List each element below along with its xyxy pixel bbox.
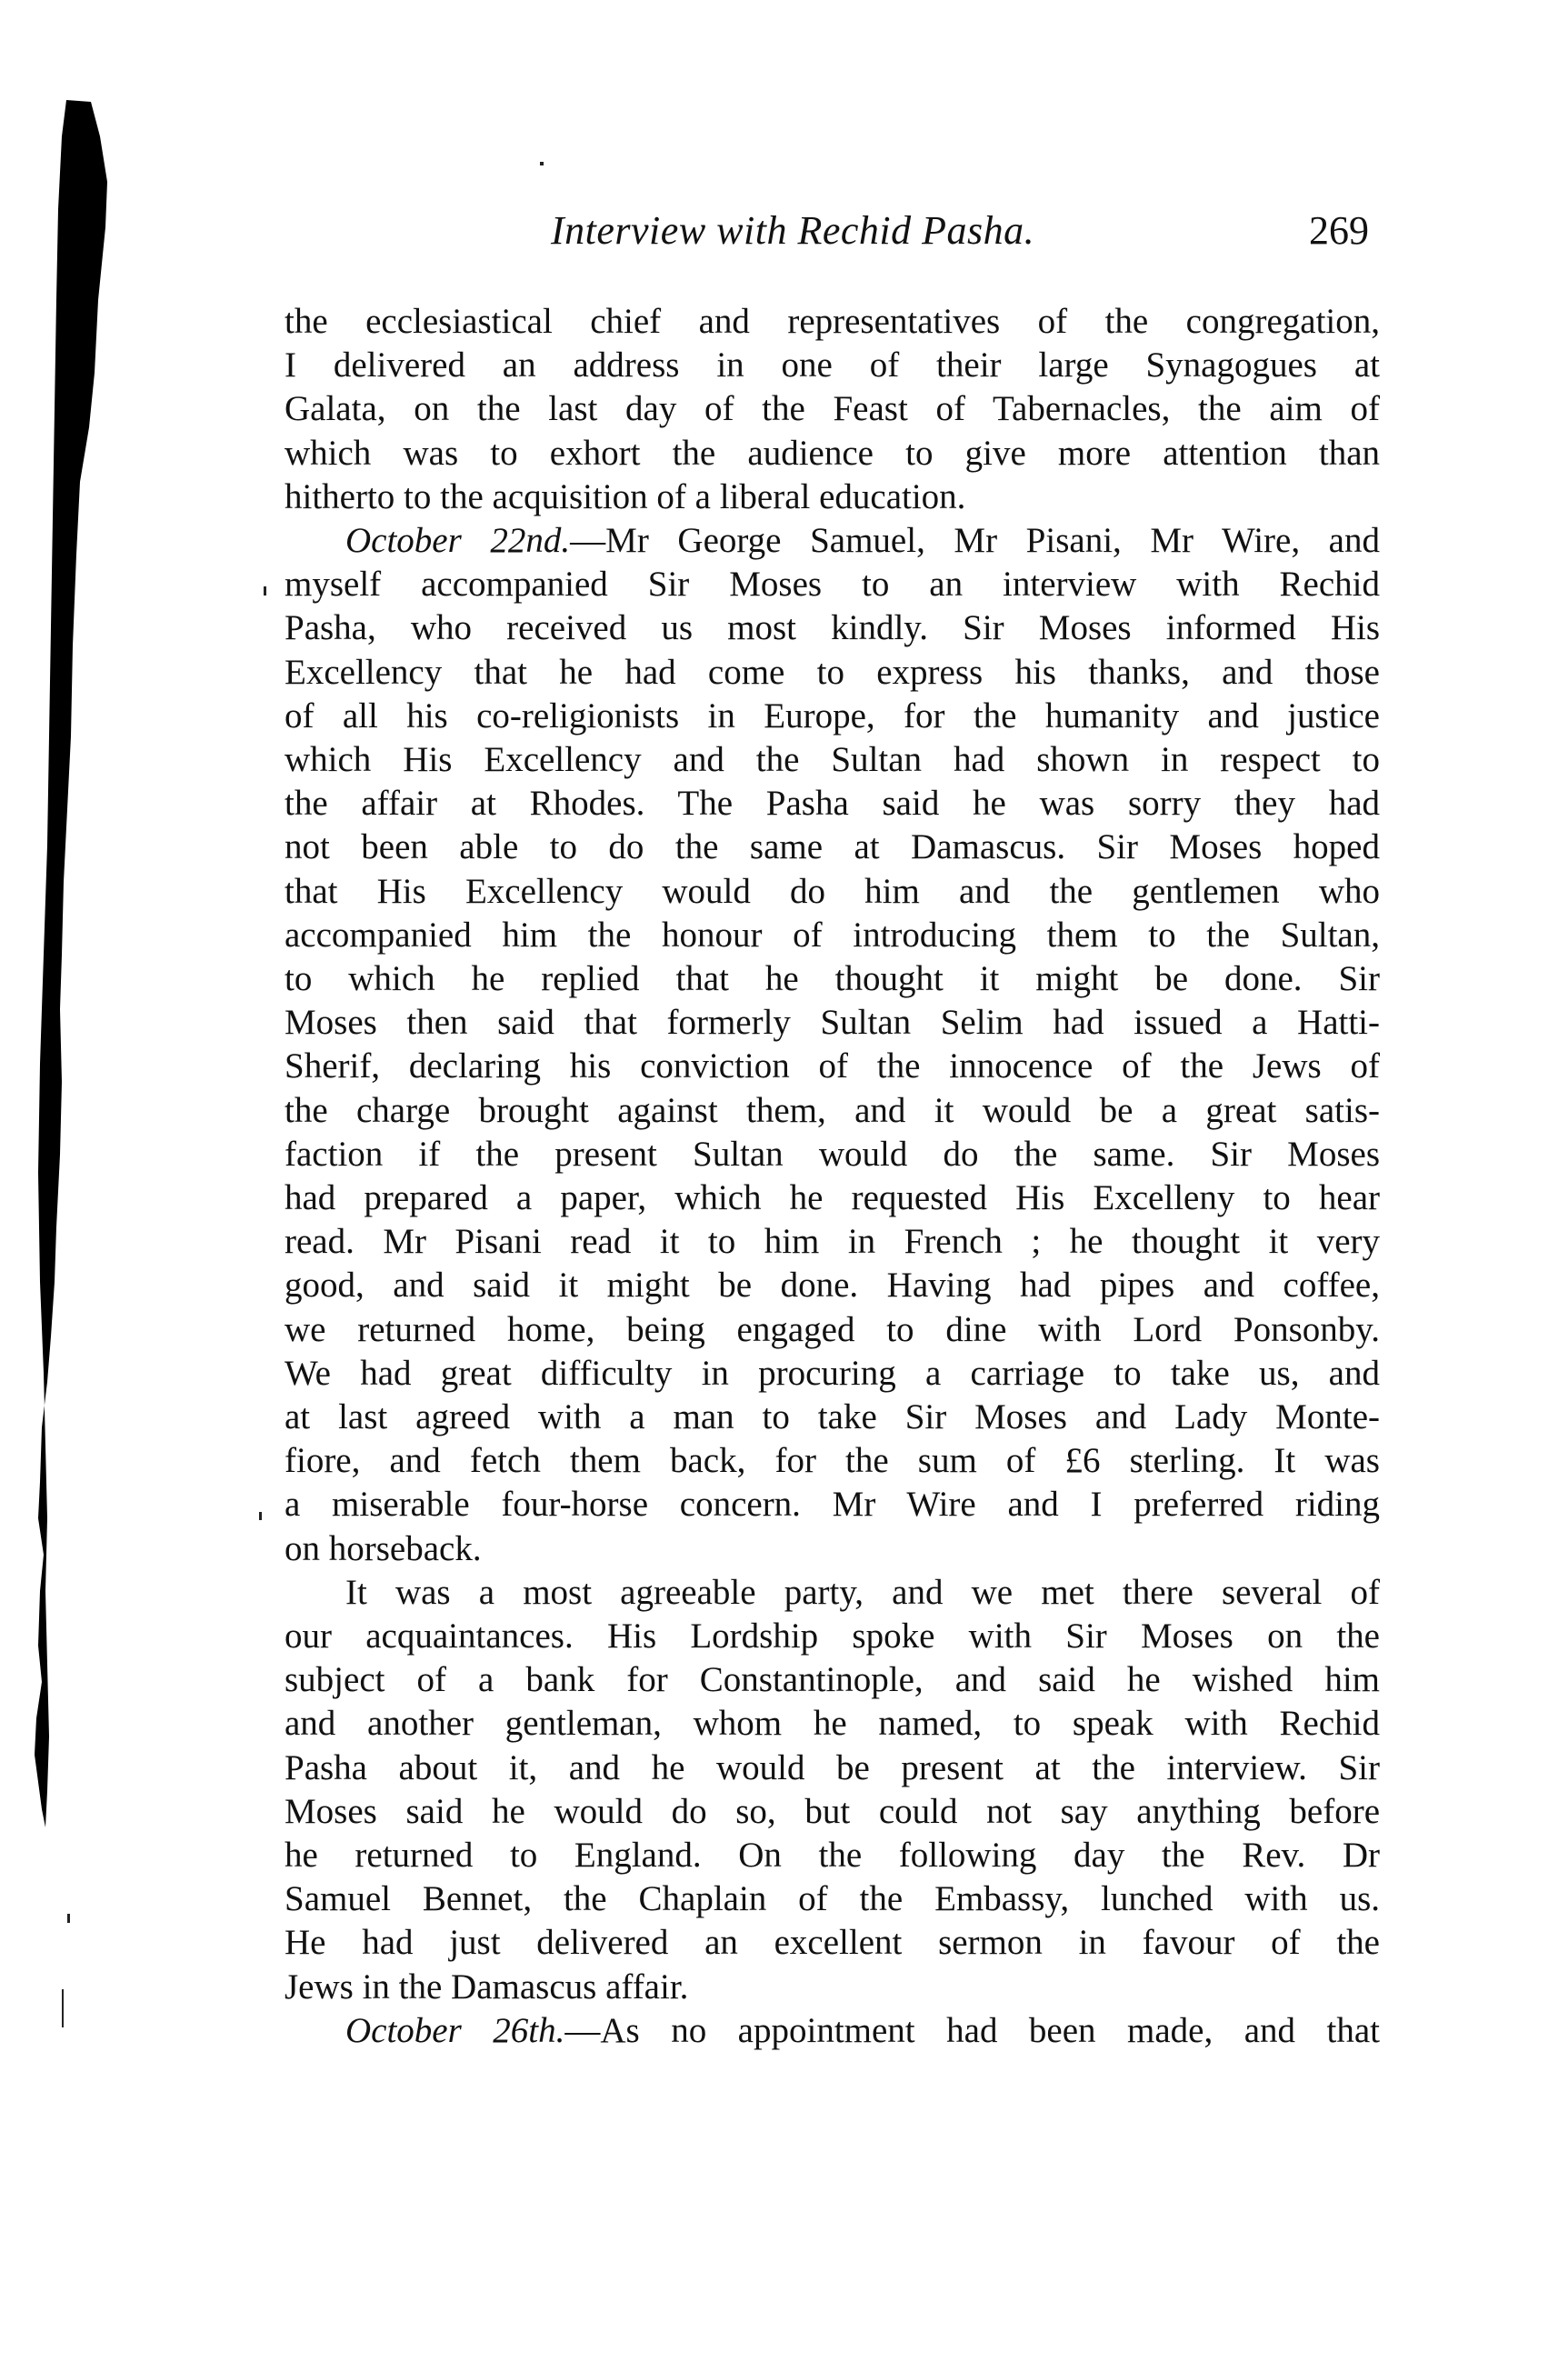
line-text: faction if the present Sultan would do t… bbox=[285, 1135, 1380, 1174]
text-line: which His Excellency and the Sultan had … bbox=[285, 738, 1380, 782]
line-text: Samuel Bennet, the Chaplain of the Embas… bbox=[285, 1879, 1380, 1918]
text-line: faction if the present Sultan would do t… bbox=[285, 1133, 1380, 1176]
line-text: hitherto to the acquisition of a liberal… bbox=[285, 477, 965, 516]
text-line: the ecclesiastical chief and representat… bbox=[285, 300, 1380, 344]
text-line: hitherto to the acquisition of a liberal… bbox=[285, 475, 1380, 519]
text-line: had prepared a paper, which he requested… bbox=[285, 1176, 1380, 1220]
text-line: October 26th.—As no appointment had been… bbox=[345, 2009, 1380, 2053]
text-line: we returned home, being engaged to dine … bbox=[285, 1308, 1380, 1352]
line-text: fiore, and fetch them back, for the sum … bbox=[285, 1441, 1380, 1480]
line-text: —As no appointment had been made, and th… bbox=[564, 2011, 1380, 2050]
text-line: Jews in the Damascus affair. bbox=[285, 1966, 1380, 2009]
line-text: which His Excellency and the Sultan had … bbox=[285, 740, 1380, 779]
line-text: Galata, on the last day of the Feast of … bbox=[285, 389, 1380, 428]
line-text: at last agreed with a man to take Sir Mo… bbox=[285, 1397, 1380, 1436]
stray-mark bbox=[259, 1512, 262, 1520]
line-text: We had great difficulty in procuring a c… bbox=[285, 1354, 1380, 1393]
text-line: myself accompanied Sir Moses to an inter… bbox=[285, 563, 1380, 606]
line-text: good, and said it might be done. Having … bbox=[285, 1266, 1380, 1305]
text-line: good, and said it might be done. Having … bbox=[285, 1264, 1380, 1307]
line-text: read. Mr Pisani read it to him in French… bbox=[285, 1222, 1380, 1261]
text-line: the affair at Rhodes. The Pasha said he … bbox=[285, 782, 1380, 826]
text-line: It was a most agreeable party, and we me… bbox=[345, 1571, 1380, 1615]
line-text: Sherif, declaring his conviction of the … bbox=[285, 1046, 1380, 1086]
text-line: Moses said he would do so, but could not… bbox=[285, 1790, 1380, 1834]
text-line: accompanied him the honour of introducin… bbox=[285, 914, 1380, 957]
stray-mark bbox=[264, 586, 266, 596]
running-title: Interview with Rechid Pasha. bbox=[551, 207, 1034, 254]
text-line: not been able to do the same at Damascus… bbox=[285, 826, 1380, 869]
text-line: fiore, and fetch them back, for the sum … bbox=[285, 1439, 1380, 1483]
line-text: accompanied him the honour of introducin… bbox=[285, 916, 1380, 955]
line-text: that His Excellency would do him and the… bbox=[285, 872, 1380, 911]
text-line: and another gentleman, whom he named, to… bbox=[285, 1702, 1380, 1746]
line-text: our acquaintances. His Lordship spoke wi… bbox=[285, 1616, 1380, 1656]
line-text: I delivered an address in one of their l… bbox=[285, 345, 1380, 385]
text-line: We had great difficulty in procuring a c… bbox=[285, 1352, 1380, 1396]
stray-mark bbox=[62, 1989, 64, 2027]
text-line: a miserable four-horse concern. Mr Wire … bbox=[285, 1483, 1380, 1526]
text-line: He had just delivered an excellent sermo… bbox=[285, 1921, 1380, 1965]
line-text: Pasha, who received us most kindly. Sir … bbox=[285, 608, 1380, 647]
line-text: Excellency that he had come to express h… bbox=[285, 653, 1380, 692]
stray-mark bbox=[540, 162, 544, 165]
scanned-book-page: Interview with Rechid Pasha. 269 the ecc… bbox=[0, 0, 1568, 2372]
line-text: on horseback. bbox=[285, 1529, 482, 1568]
text-line: on horseback. bbox=[285, 1527, 1380, 1571]
text-line: the charge brought against them, and it … bbox=[285, 1089, 1380, 1133]
date-heading: October 26th. bbox=[345, 2011, 564, 2050]
text-line: I delivered an address in one of their l… bbox=[285, 344, 1380, 387]
line-text: to which he replied that he thought it m… bbox=[285, 959, 1380, 998]
line-text: It was a most agreeable party, and we me… bbox=[345, 1573, 1380, 1612]
line-text: Pasha about it, and he would be present … bbox=[285, 1748, 1380, 1787]
text-line: of all his co-religionists in Europe, fo… bbox=[285, 695, 1380, 738]
text-line: to which he replied that he thought it m… bbox=[285, 957, 1380, 1001]
line-text: had prepared a paper, which he requested… bbox=[285, 1178, 1380, 1217]
line-text: which was to exhort the audience to give… bbox=[285, 434, 1380, 473]
text-line: at last agreed with a man to take Sir Mo… bbox=[285, 1396, 1380, 1439]
line-text: He had just delivered an excellent sermo… bbox=[285, 1923, 1380, 1962]
text-line: that His Excellency would do him and the… bbox=[285, 870, 1380, 914]
text-line: Moses then said that formerly Sultan Sel… bbox=[285, 1001, 1380, 1045]
line-text: and another gentleman, whom he named, to… bbox=[285, 1704, 1380, 1743]
line-text: of all his co-religionists in Europe, fo… bbox=[285, 696, 1380, 736]
line-text: Jews in the Damascus affair. bbox=[285, 1967, 688, 2007]
page-number: 269 bbox=[1309, 207, 1369, 254]
line-text: he returned to England. On the following… bbox=[285, 1836, 1380, 1875]
text-line: Excellency that he had come to express h… bbox=[285, 651, 1380, 695]
text-line: he returned to England. On the following… bbox=[285, 1834, 1380, 1877]
line-text: the affair at Rhodes. The Pasha said he … bbox=[285, 784, 1380, 823]
line-text: the ecclesiastical chief and representat… bbox=[285, 302, 1380, 341]
text-line: which was to exhort the audience to give… bbox=[285, 432, 1380, 475]
scan-edge-shadow-icon bbox=[35, 100, 116, 1873]
text-line: Pasha, who received us most kindly. Sir … bbox=[285, 606, 1380, 650]
text-line: Galata, on the last day of the Feast of … bbox=[285, 387, 1380, 431]
line-text: subject of a bank for Constantinople, an… bbox=[285, 1660, 1380, 1699]
line-text: a miserable four-horse concern. Mr Wire … bbox=[285, 1485, 1380, 1524]
line-text: —Mr George Samuel, Mr Pisani, Mr Wire, a… bbox=[570, 521, 1380, 560]
line-text: not been able to do the same at Damascus… bbox=[285, 827, 1380, 866]
line-text: myself accompanied Sir Moses to an inter… bbox=[285, 565, 1380, 604]
text-line: October 22nd.—Mr George Samuel, Mr Pisan… bbox=[345, 519, 1380, 563]
line-text: we returned home, being engaged to dine … bbox=[285, 1310, 1380, 1349]
text-line: Sherif, declaring his conviction of the … bbox=[285, 1045, 1380, 1088]
text-line: subject of a bank for Constantinople, an… bbox=[285, 1658, 1380, 1702]
text-line: read. Mr Pisani read it to him in French… bbox=[285, 1220, 1380, 1264]
date-heading: October 22nd. bbox=[345, 521, 570, 560]
text-line: Pasha about it, and he would be present … bbox=[285, 1746, 1380, 1790]
line-text: the charge brought against them, and it … bbox=[285, 1091, 1380, 1130]
stray-mark bbox=[67, 1914, 70, 1923]
line-text: Moses then said that formerly Sultan Sel… bbox=[285, 1003, 1380, 1042]
text-line: Samuel Bennet, the Chaplain of the Embas… bbox=[285, 1877, 1380, 1921]
line-text: Moses said he would do so, but could not… bbox=[285, 1792, 1380, 1831]
text-line: our acquaintances. His Lordship spoke wi… bbox=[285, 1615, 1380, 1658]
